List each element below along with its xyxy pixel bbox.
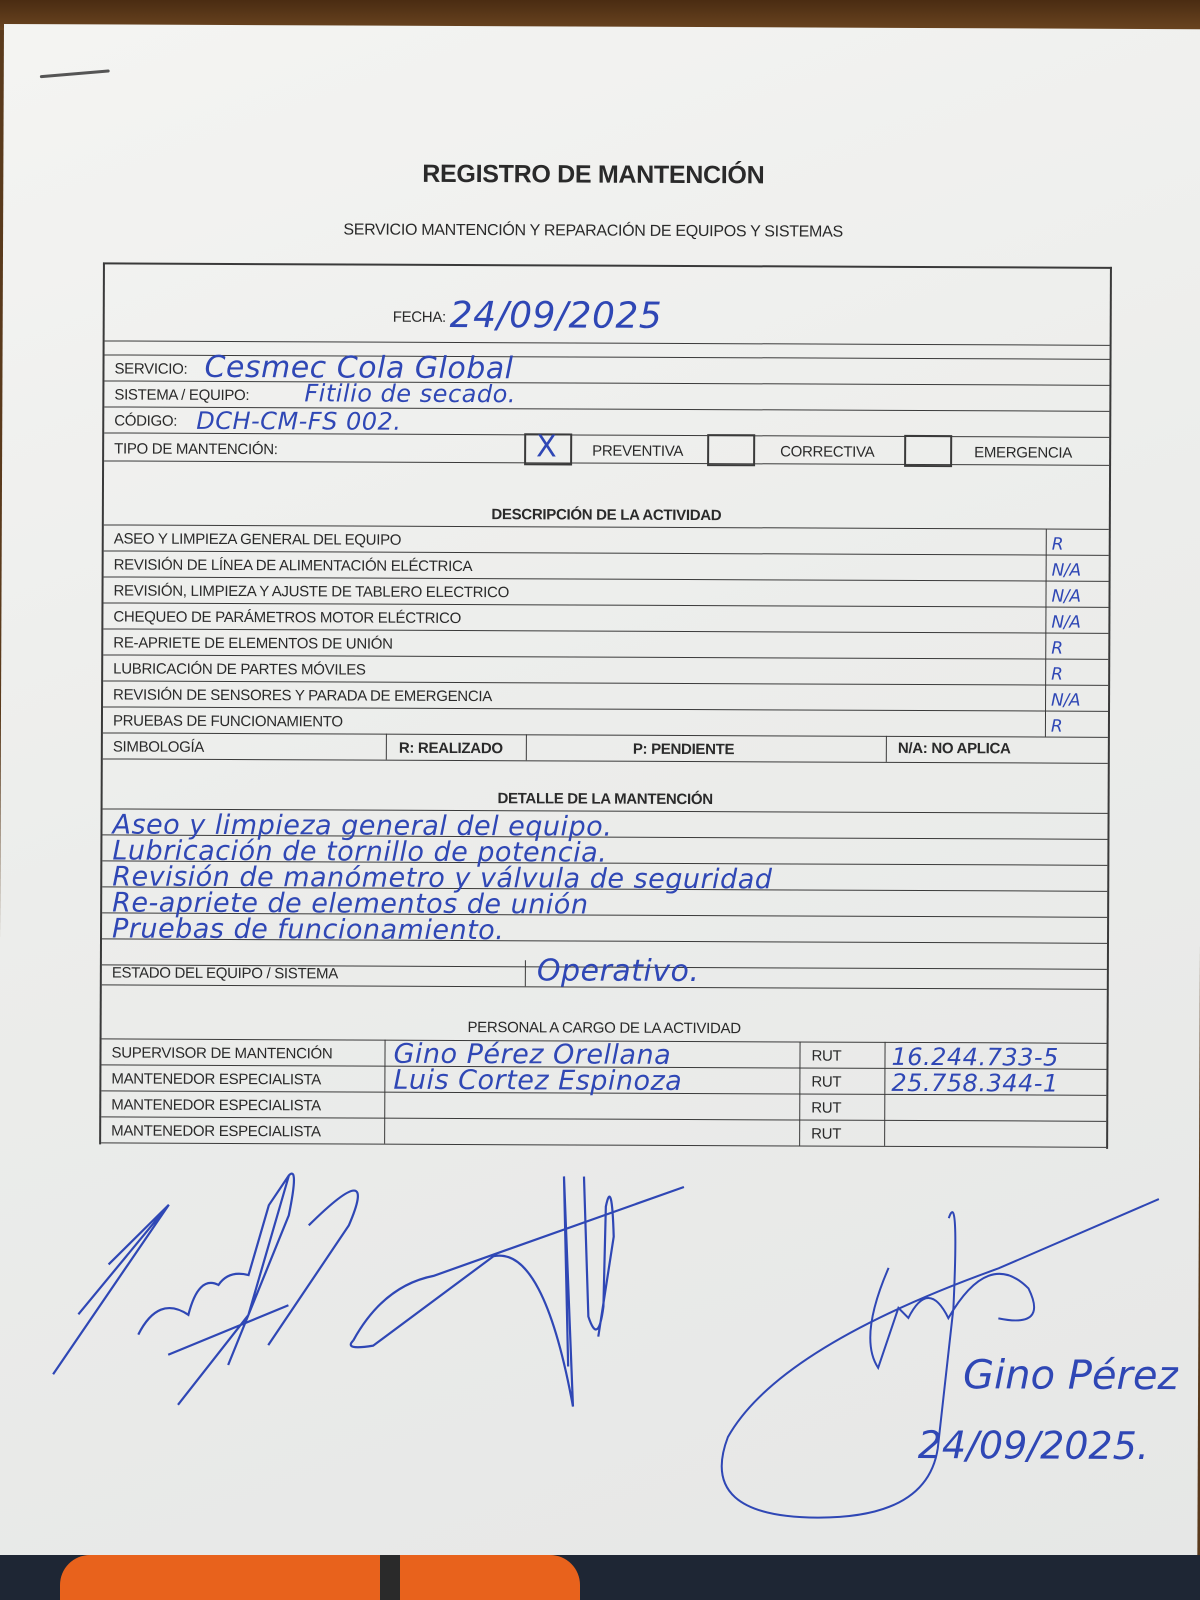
activity-status[interactable]: R — [1051, 639, 1063, 659]
document-subtitle: SERVICIO MANTENCIÓN Y REPARACIÓN DE EQUI… — [3, 220, 1183, 243]
activity-status[interactable]: N/A — [1051, 613, 1080, 633]
rut-label: RUT — [811, 1074, 841, 1091]
correctiva-checkbox[interactable] — [707, 434, 755, 466]
detalle-heading-row: DETALLE DE LA MANTENCIÓN — [103, 758, 1108, 813]
activity-label: REVISIÓN DE SENSORES Y PARADA DE EMERGEN… — [113, 686, 492, 705]
sistema-label: SISTEMA / EQUIPO: — [114, 386, 249, 404]
role-label: MANTENEDOR ESPECIALISTA — [111, 1122, 321, 1140]
legend-realizado: R: REALIZADO — [399, 740, 503, 757]
personal-heading-row: PERSONAL A CARGO DE LA ACTIVIDAD — [102, 984, 1107, 1043]
legend-pendiente: P: PENDIENTE — [633, 741, 734, 758]
activity-label: RE-APRIETE DE ELEMENTOS DE UNIÓN — [113, 634, 392, 652]
check-x-mark: X — [536, 429, 557, 464]
preventiva-checkbox[interactable]: X — [524, 433, 572, 465]
sistema-value[interactable]: Fitilio de secado. — [304, 379, 516, 408]
signer-name: Gino Pérez O — [963, 1352, 1179, 1399]
orange-vest — [60, 1555, 580, 1600]
activity-status[interactable]: N/A — [1051, 587, 1080, 607]
rut-label: RUT — [811, 1048, 841, 1065]
servicio-label: SERVICIO: — [114, 360, 187, 377]
activity-label: ASEO Y LIMPIEZA GENERAL DEL EQUIPO — [114, 530, 401, 548]
role-label: SUPERVISOR DE MANTENCIÓN — [111, 1044, 332, 1062]
signature-3: Gino Pérez O 24/09/2025. — [697, 1187, 1178, 1529]
rut-label: RUT — [811, 1100, 841, 1117]
role-label: MANTENEDOR ESPECIALISTA — [111, 1070, 321, 1088]
codigo-value[interactable]: DCH-CM-FS 002. — [196, 407, 401, 436]
role-label: MANTENEDOR ESPECIALISTA — [111, 1096, 321, 1114]
vest-strap — [380, 1555, 400, 1600]
fecha-value[interactable]: 24/09/2025 — [450, 295, 663, 337]
personal-heading: PERSONAL A CARGO DE LA ACTIVIDAD — [102, 1017, 1107, 1038]
descripcion-heading-row: DESCRIPCIÓN DE LA ACTIVIDAD — [104, 460, 1109, 529]
form-table: FECHA: 24/09/2025 SERVICIO: Cesmec Cola … — [99, 262, 1112, 1148]
preventiva-label: PREVENTIVA — [592, 443, 683, 460]
emergencia-checkbox[interactable] — [904, 435, 952, 467]
activity-status[interactable]: N/A — [1051, 691, 1080, 711]
descripcion-heading: DESCRIPCIÓN DE LA ACTIVIDAD — [104, 504, 1109, 525]
activity-status[interactable]: R — [1051, 665, 1063, 685]
estado-label: ESTADO DEL EQUIPO / SISTEMA — [112, 964, 338, 982]
fecha-row: FECHA: 24/09/2025 — [105, 264, 1110, 345]
codigo-label: CÓDIGO: — [114, 412, 177, 429]
activity-label: REVISIÓN, LIMPIEZA Y AJUSTE DE TABLERO E… — [113, 582, 509, 601]
estado-value[interactable]: Operativo. — [537, 953, 700, 989]
personal-row: MANTENEDOR ESPECIALISTARUT — [101, 1116, 1106, 1147]
fecha-label: FECHA: — [393, 309, 446, 326]
detalle-heading: DETALLE DE LA MANTENCIÓN — [103, 788, 1108, 809]
activity-status[interactable]: N/A — [1052, 561, 1081, 581]
activity-label: CHEQUEO DE PARÁMETROS MOTOR ELÉCTRICO — [113, 608, 461, 627]
tipo-mantencion-label: TIPO DE MANTENCIÓN: — [114, 440, 278, 458]
activity-status[interactable]: R — [1052, 535, 1064, 555]
pen-mark — [40, 69, 110, 78]
activity-label: LUBRICACIÓN DE PARTES MÓVILES — [113, 660, 366, 678]
emergencia-label: EMERGENCIA — [974, 444, 1072, 461]
activity-label: REVISIÓN DE LÍNEA DE ALIMENTACIÓN ELÉCTR… — [114, 556, 473, 575]
activity-label: PRUEBAS DE FUNCIONAMIENTO — [113, 712, 343, 730]
signer-date: 24/09/2025. — [918, 1423, 1149, 1468]
simbologia-label: SIMBOLOGÍA — [113, 738, 204, 755]
rut-label: RUT — [811, 1126, 841, 1143]
maintenance-form-sheet: REGISTRO DE MANTENCIÓN SERVICIO MANTENCI… — [0, 24, 1200, 1569]
signature-2 — [343, 1165, 724, 1427]
background-fabric — [0, 1555, 1200, 1600]
document-title: REGISTRO DE MANTENCIÓN — [3, 158, 1183, 192]
correctiva-label: CORRECTIVA — [780, 443, 874, 460]
legend-no-aplica: N/A: NO APLICA — [898, 740, 1011, 757]
activity-status[interactable]: R — [1051, 717, 1063, 737]
